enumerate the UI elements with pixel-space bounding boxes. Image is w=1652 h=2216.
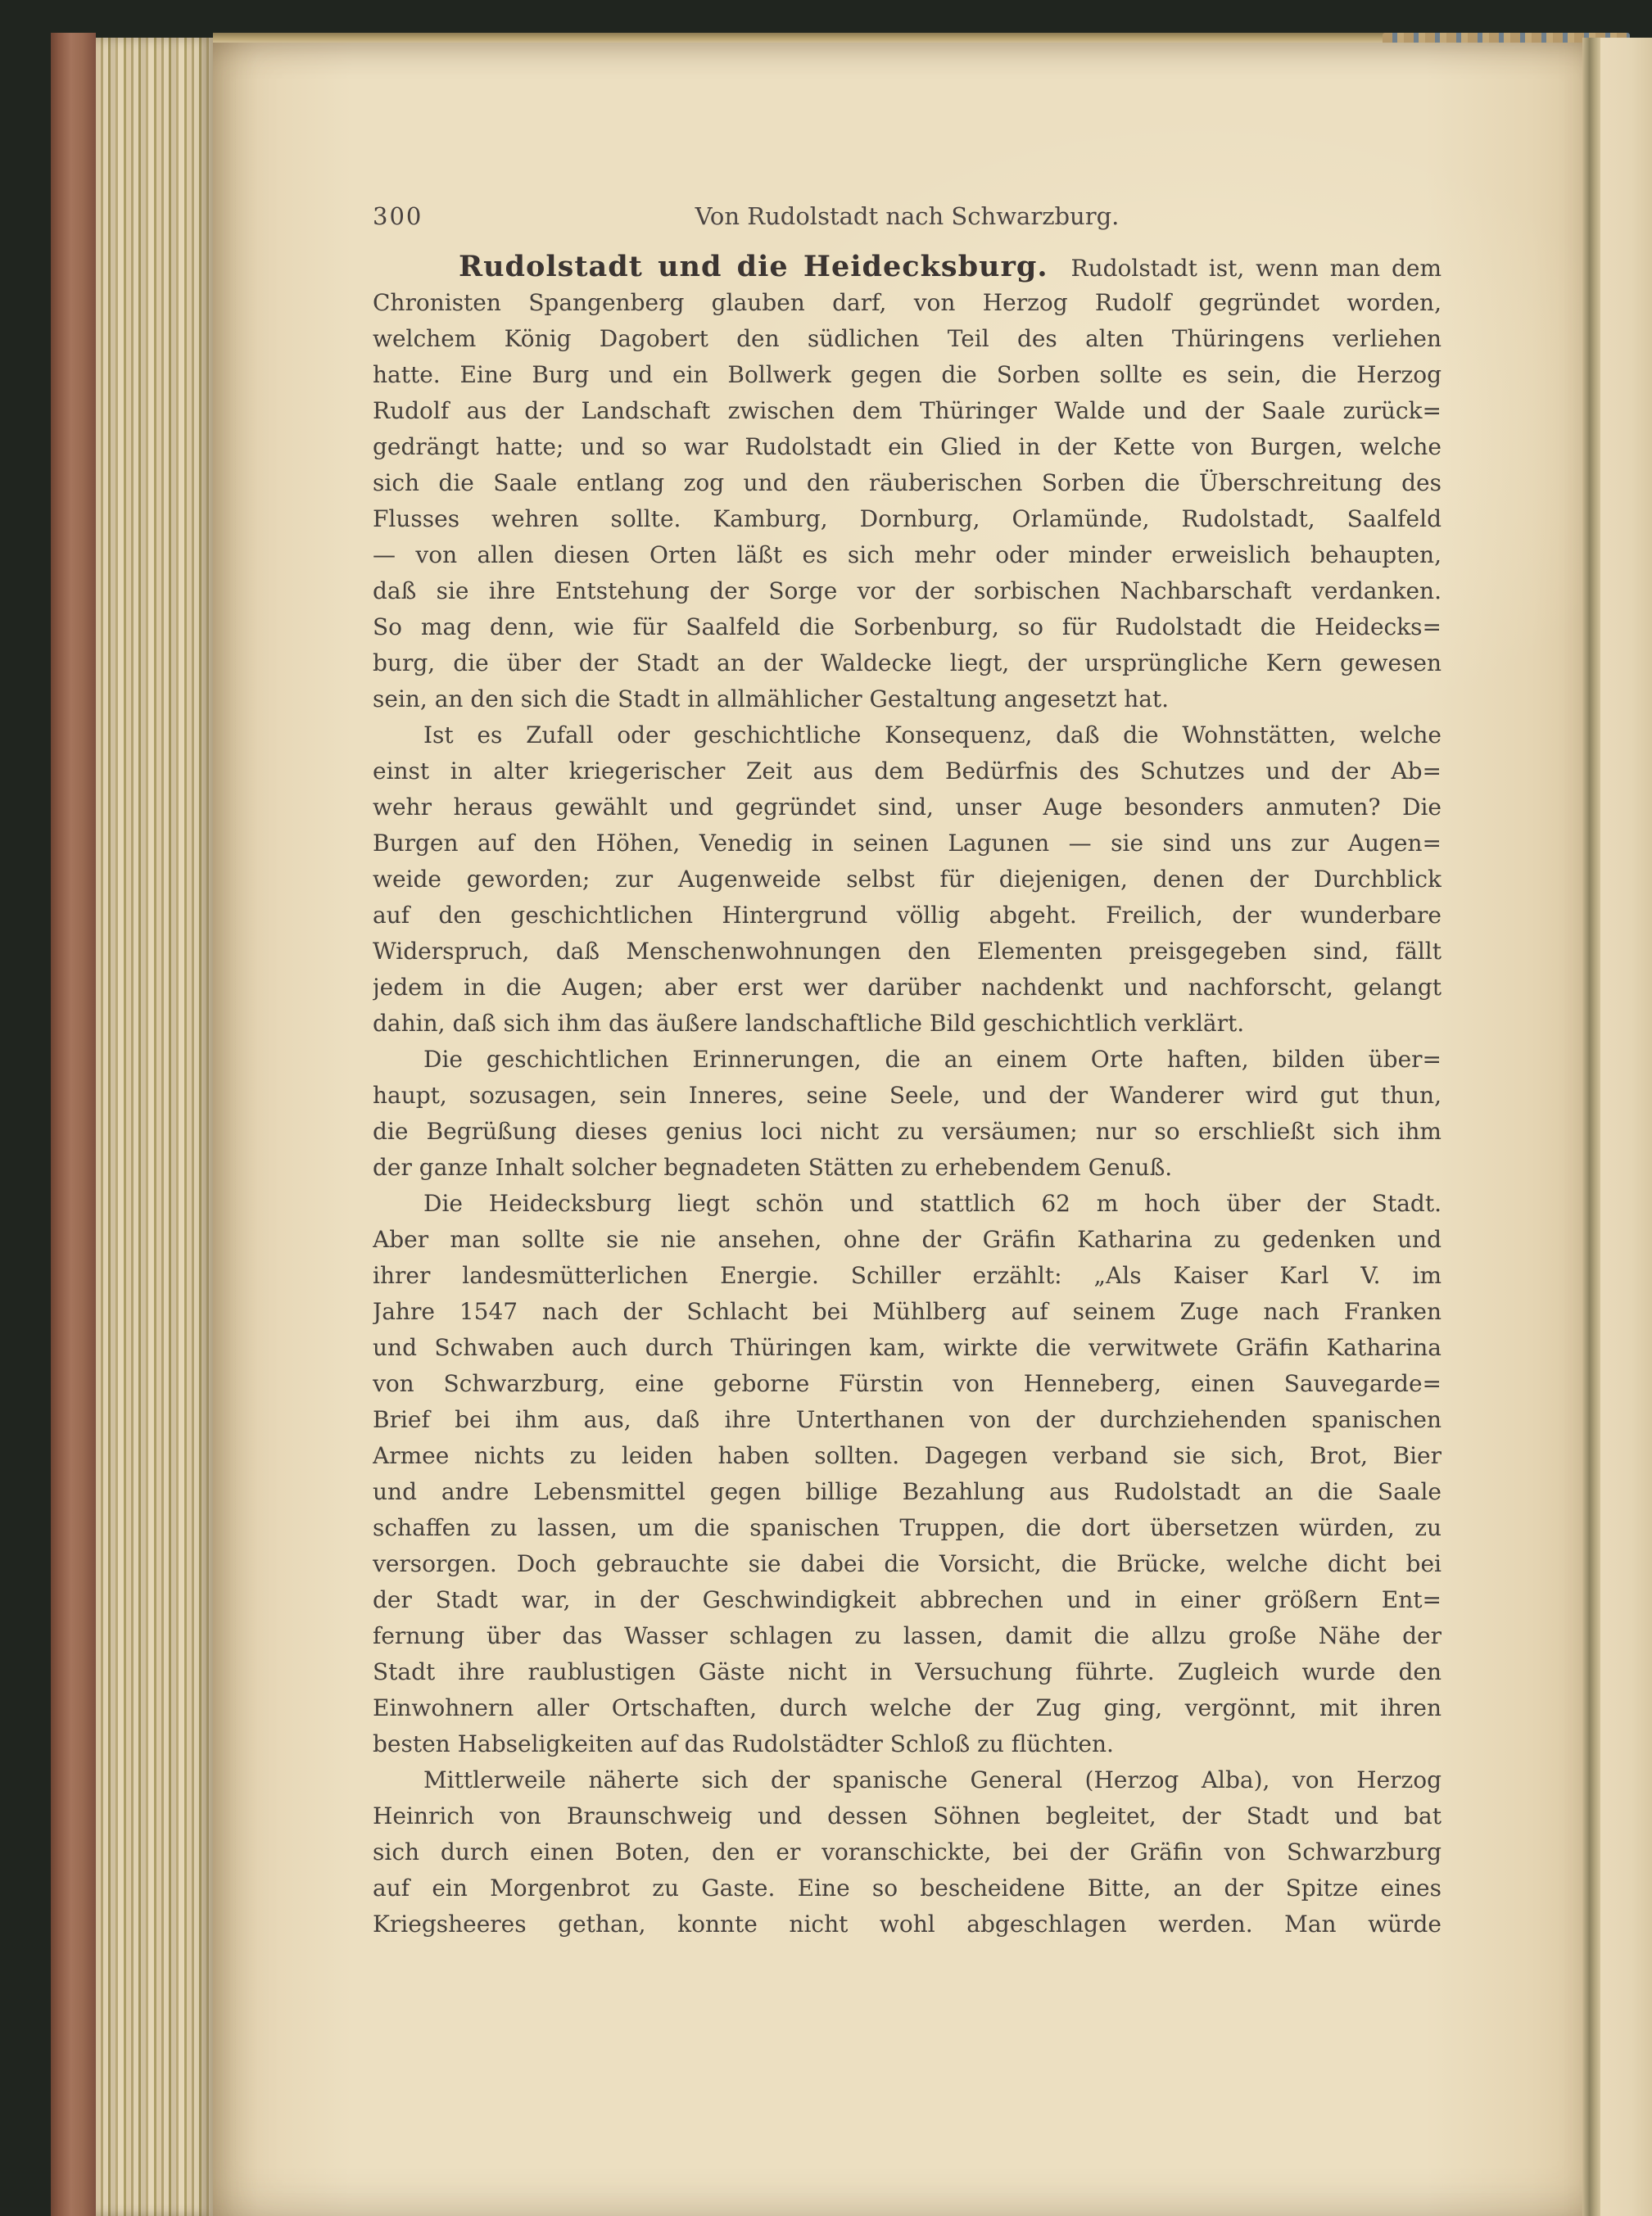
text-line: Ist es Zufall oder geschichtliche Konseq… [373,717,1442,753]
page-gutter [1582,38,1600,2216]
text-block: Rudolstadt und die Heidecksburg. Rudolst… [373,249,1442,1942]
text-line: Brief bei ihm aus, daß ihre Unterthanen … [373,1402,1442,1438]
book-page: 300 Von Rudolstadt nach Schwarzburg. Rud… [213,43,1582,2216]
text-line: Stadt ihre raublustigen Gäste nicht in V… [373,1654,1442,1690]
text-line: ihrer landesmütterlichen Energie. Schill… [373,1258,1442,1294]
text-line: der Stadt war, in der Geschwindigkeit ab… [373,1582,1442,1618]
section-heading: Rudolstadt und die Heidecksburg. [459,250,1048,283]
adjacent-page [1600,38,1652,2216]
text-line: und Schwaben auch durch Thüringen kam, w… [373,1330,1442,1366]
text-line: sich die Saale entlang zog und den räube… [373,465,1442,501]
text-line: So mag denn, wie für Saalfeld die Sorben… [373,609,1442,645]
text-line: Aber man sollte sie nie ansehen, ohne de… [373,1222,1442,1258]
text-line: Chronisten Spangenberg glauben darf, von… [373,285,1442,321]
text-line: Widerspruch, daß Menschenwohnungen den E… [373,934,1442,970]
text-line: fernung über das Wasser schlagen zu lass… [373,1618,1442,1654]
text-line: hatte. Eine Burg und ein Bollwerk gegen … [373,357,1442,393]
text-line: — von allen diesen Orten läßt es sich me… [373,537,1442,573]
text-line: Rudolf aus der Landschaft zwischen dem T… [373,393,1442,429]
text-line: besten Habseligkeiten auf das Rudolstädt… [373,1726,1442,1762]
book-cover-edge [51,33,96,2216]
section-heading-line: Rudolstadt und die Heidecksburg. Rudolst… [373,249,1442,285]
scanned-book-photo: 300 Von Rudolstadt nach Schwarzburg. Rud… [0,0,1652,2216]
text-line: die Begrüßung dieses genius loci nicht z… [373,1114,1442,1150]
text-line: Armee nichts zu leiden haben sollten. Da… [373,1438,1442,1474]
text-line: auf ein Morgenbrot zu Gaste. Eine so bes… [373,1870,1442,1906]
text-line: schaffen zu lassen, um die spanischen Tr… [373,1510,1442,1546]
text-line: Die geschichtlichen Erinnerungen, die an… [373,1042,1442,1078]
text-line: sein, an den sich die Stadt in allmählic… [373,681,1442,717]
text-line: Einwohnern aller Ortschaften, durch welc… [373,1690,1442,1726]
text-line: der ganze Inhalt solcher begnadeten Stät… [373,1150,1442,1186]
running-header: Von Rudolstadt nach Schwarzburg. [373,198,1442,234]
text-line: wehr heraus gewählt und gegründet sind, … [373,789,1442,825]
text-line: burg, die über der Stadt an der Waldecke… [373,645,1442,681]
text-line: welchem König Dagobert den südlichen Tei… [373,321,1442,357]
text-line: Flusses wehren sollte. Kamburg, Dornburg… [373,501,1442,537]
text-line: auf den geschichtlichen Hintergrund völl… [373,898,1442,934]
text-line: versorgen. Doch gebrauchte sie dabei die… [373,1546,1442,1582]
text-line: von Schwarzburg, eine geborne Fürstin vo… [373,1366,1442,1402]
text-line: gedrängt hatte; und so war Rudolstadt ei… [373,429,1442,465]
text-line: jedem in die Augen; aber erst wer darübe… [373,970,1442,1006]
text-line: Burgen auf den Höhen, Venedig in seinen … [373,825,1442,862]
text-line: haupt, sozusagen, sein Inneres, seine Se… [373,1078,1442,1114]
text-line: dahin, daß sich ihm das äußere landschaf… [373,1006,1442,1042]
text-line: Jahre 1547 nach der Schlacht bei Mühlber… [373,1294,1442,1330]
text-line: weide geworden; zur Augenweide selbst fü… [373,862,1442,898]
text-line: sich durch einen Boten, den er voranschi… [373,1834,1442,1870]
text-line: daß sie ihre Entstehung der Sorge vor de… [373,573,1442,609]
text-line: einst in alter kriegerischer Zeit aus de… [373,753,1442,789]
text-line: und andre Lebensmittel gegen billige Bez… [373,1474,1442,1510]
page-edge-stack [96,38,213,2216]
text-line: Heinrich von Braunschweig und dessen Söh… [373,1798,1442,1834]
text-line: Mittlerweile näherte sich der spanische … [373,1762,1442,1798]
text-line: Kriegsheeres gethan, konnte nicht wohl a… [373,1906,1442,1942]
text-line: Die Heidecksburg liegt schön und stattli… [373,1186,1442,1222]
